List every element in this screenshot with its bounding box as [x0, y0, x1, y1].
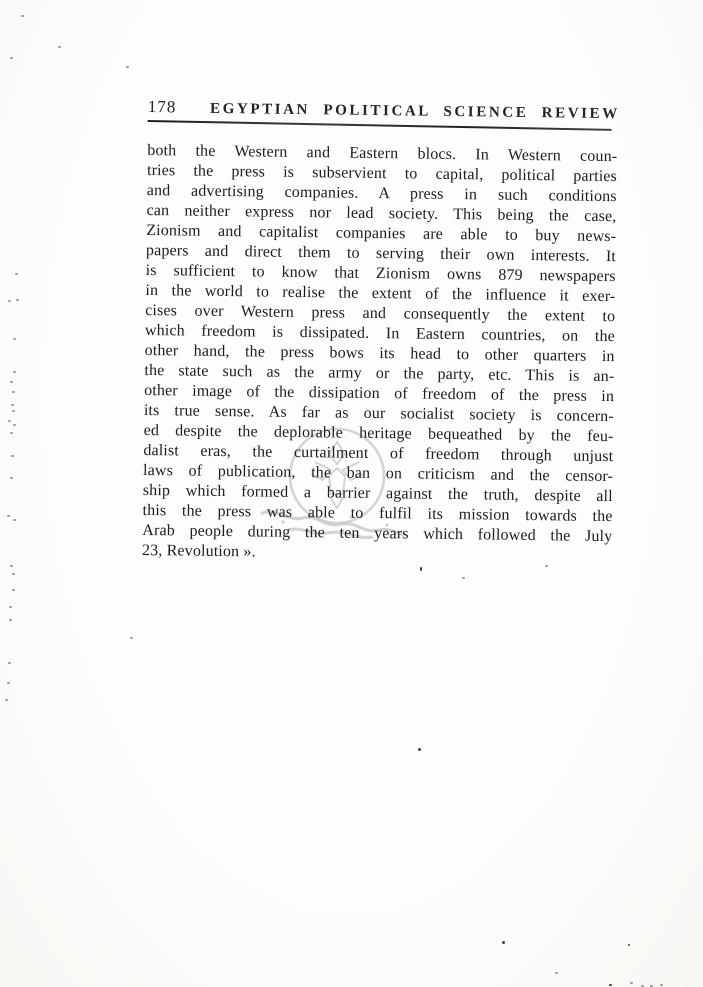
- page-number: 178: [148, 97, 210, 118]
- journal-title: EGYPTIAN POLITICAL SCIENCE REVIEW: [210, 101, 620, 123]
- body-paragraph: both the Western and Eastern blocs. In W…: [142, 141, 617, 567]
- printed-content: 178 EGYPTIAN POLITICAL SCIENCE REVIEW bo…: [148, 97, 620, 125]
- scanned-book-page: 178 EGYPTIAN POLITICAL SCIENCE REVIEW bo…: [0, 0, 703, 987]
